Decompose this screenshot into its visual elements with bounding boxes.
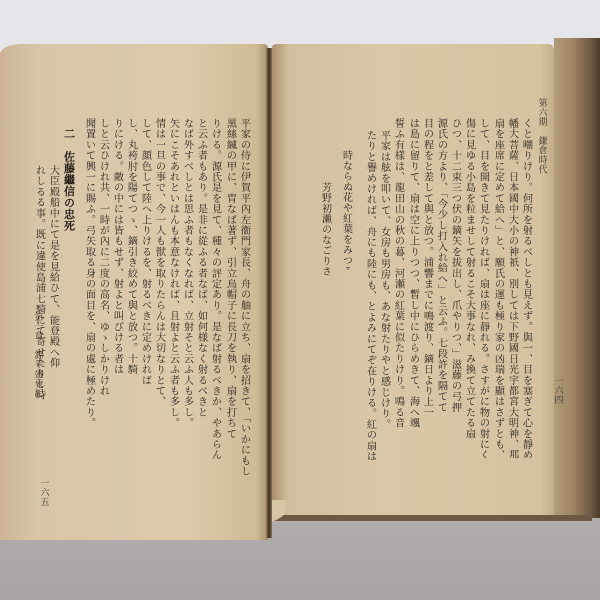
text-column: 傷に見ゆる小島を粒ませして射るこそ大事なれ、み換て立てたる扇 — [462, 118, 476, 458]
text-column: し、丸袴肘を陽てつゝ、鏑引き絞めて與と放つ。十騎 — [124, 118, 138, 478]
text-column: りける。源氏是を見て、種々の評定あり。是なば射るべきか、やあらん — [208, 118, 222, 478]
text-column: 誓ふ有樣は、龍田山の秋の暮、河瀬の紅葉に似たりけり。鳴る音 — [391, 118, 405, 458]
running-header-right: 第六期 鎌倉時代 — [534, 98, 548, 218]
text-column: くと嘲りけり。何所を射るべしとも見えず。與一、目を塞ぎて心を靜めて、「南無八幡大… — [519, 118, 533, 458]
text-column: 矢にこそあれといはんも本意なければ、且射よと云ふ者も多し。 — [166, 118, 180, 478]
text-column: ひつ、十二束三つ伏の鏑矢を拔出し、爪やりつ、」滋藤の弓押 — [448, 118, 462, 458]
text-column: 目の程をと差して與と放つ。浦響までに鳴渡り、鏑日より上一 — [420, 118, 434, 458]
text-column: りにける。敵の中には皆もせず、射よと叫びける者は — [110, 118, 124, 478]
text-column: しと云ひけれ共、一時が內に二度の高名、ゆゝしかりけれ — [96, 118, 110, 478]
open-book: 第六期 鎌倉時代 一六四 くと嘲りけり。何所を射るべしとも見えず。與一、目を塞ぎ… — [0, 0, 600, 600]
page-number-right: 一六四 — [550, 376, 564, 416]
book-gutter — [266, 48, 272, 538]
text-column: れしるる事。既に違使島浦七騎にて寄せたりし時 — [32, 165, 46, 465]
text-column: 情は一旦の事で、今一人も獣を取りたらんは大切なりとて、 — [152, 118, 166, 478]
section-heading: 二 佐藤繼信の忠死 — [62, 128, 76, 258]
text-column: 扇を座席に定めて給へ」と、願氏の運も極り家の凶瑞を顯はさずとも、この矢外させ給ふ… — [491, 118, 505, 458]
text-column: 平家は舷を叩いて、女房も男房も、あな射たりやと感じけり。 — [377, 130, 391, 450]
text-column: 聞置いて興一に賜ふ。弓矢取る身の面目を、扇の處に極めたり。 — [82, 118, 96, 478]
text-column: 源氏の方より、「今少し打入れ給へ」と云ふ。七段許を隔てて — [434, 118, 448, 458]
text-column: と云ふ者もあり。是非に從ふる者なば、如何様なく射るべきと — [194, 118, 208, 478]
text-column: して、顔色して陸へ上りけるを、射るべきに定めければ — [138, 118, 152, 478]
text-column: たりと譽めければ、舟にも陸にも、とよみにてぞ在りける。紅の扇は拔けて瀬にあり、 — [363, 130, 377, 460]
book-cover-edge — [272, 515, 592, 521]
page-stack-edge — [554, 38, 600, 518]
text-column: なば外すべしとは思ふ者もなくなれば、立射そと云ふ人も多し。 — [180, 118, 194, 478]
text-column: 黑絲縅の甲に、胄なば著ず、引立烏帽子に長刀を執り、扇を打ちて — [223, 118, 237, 478]
text-column: して、目を開きて見たりければ、扇は座に靜れる。さすがに物の射にくもあらず。 — [476, 118, 490, 458]
text-column: は島に留りて、扇は空に上りつつ、暫し中にひらめきて、海へ颯 — [406, 118, 420, 458]
page-number-left: 一六五 — [36, 478, 50, 518]
text-column: 幡大菩薩、日本國中大小の神祇、別しては下野國日光宇都宮大明神、那須湯泉大明神。 — [505, 118, 519, 458]
poem-attribution: 芳野初瀨のなごりさ — [318, 182, 332, 292]
text-column: 平家の侍に伊賀平內左衞門家長、舟の舳に立ち、扇を招きて、「いかにもして — [237, 118, 251, 478]
text-column: 大臣殿船中にて是を見給ひて、能登殿へ仰 — [46, 165, 60, 465]
poem-line: 時ならぬ花や紅葉をみつる哉 — [339, 150, 353, 270]
